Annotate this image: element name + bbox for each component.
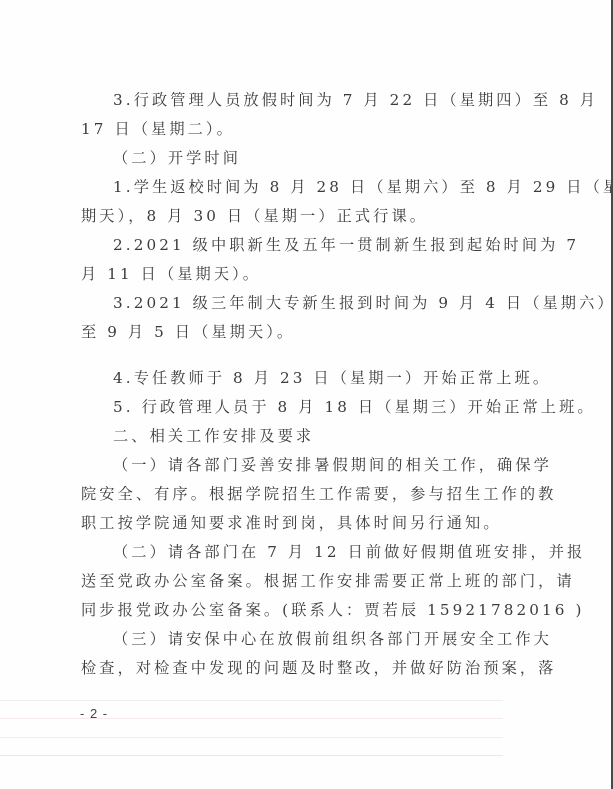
scan-rule-line	[0, 755, 503, 756]
text-line: 5. 行政管理人员于 8 月 18 日（星期三）开始正常上班。	[113, 397, 596, 417]
text-line: 2.2021 级中职新生及五年一贯制新生报到起始时间为 7	[113, 235, 579, 255]
text-line: 17 日（星期二）。	[81, 119, 235, 139]
text-line: 院安全、有序。根据学院招生工作需要，参与招生工作的教	[81, 484, 556, 504]
text-line: 月 11 日（星期天）。	[81, 264, 261, 284]
text-line: 4.专任教师于 8 月 23 日（星期一）开始正常上班。	[113, 368, 551, 388]
text-line: 职工按学院通知要求准时到岗，具体时间另行通知。	[81, 513, 502, 533]
text-line: 3.行政管理人员放假时间为 7 月 22 日（星期四）至 8 月	[113, 90, 598, 110]
text-line: 送至党政办公室备案。根据工作安排需要正常上班的部门，请	[81, 571, 575, 591]
text-line: （二）请各部门在 7 月 12 日前做好假期值班安排，并报	[113, 542, 585, 562]
text-line: 期天），8 月 30 日（星期一）正式行课。	[81, 206, 428, 226]
section-heading: （二）开学时间	[113, 148, 241, 168]
text-line: 检查，对检查中发现的问题及时整改，并做好防治预案，落	[81, 658, 556, 678]
section-heading: 二、相关工作安排及要求	[113, 426, 314, 446]
text-line: （一）请各部门妥善安排暑假期间的相关工作，确保学	[113, 455, 552, 475]
text-line: 至 9 月 5 日（星期天）。	[81, 322, 295, 342]
scan-rule-line	[0, 700, 503, 701]
text-line: （三）请安保中心在放假前组织各部门开展安全工作大	[113, 629, 552, 649]
scan-rule-line	[0, 737, 503, 738]
scan-rule-line	[0, 718, 503, 719]
text-line: 3.2021 级三年制大专新生报到时间为 9 月 4 日（星期六）	[113, 293, 613, 313]
text-line: 1.学生返校时间为 8 月 28 日（星期六）至 8 月 29 日（星	[113, 177, 613, 197]
text-line: 同步报党政办公室备案。(联系人：贾若辰 15921782016 )	[81, 600, 584, 620]
document-page: 3.行政管理人员放假时间为 7 月 22 日（星期四）至 8 月 17 日（星期…	[0, 0, 611, 789]
